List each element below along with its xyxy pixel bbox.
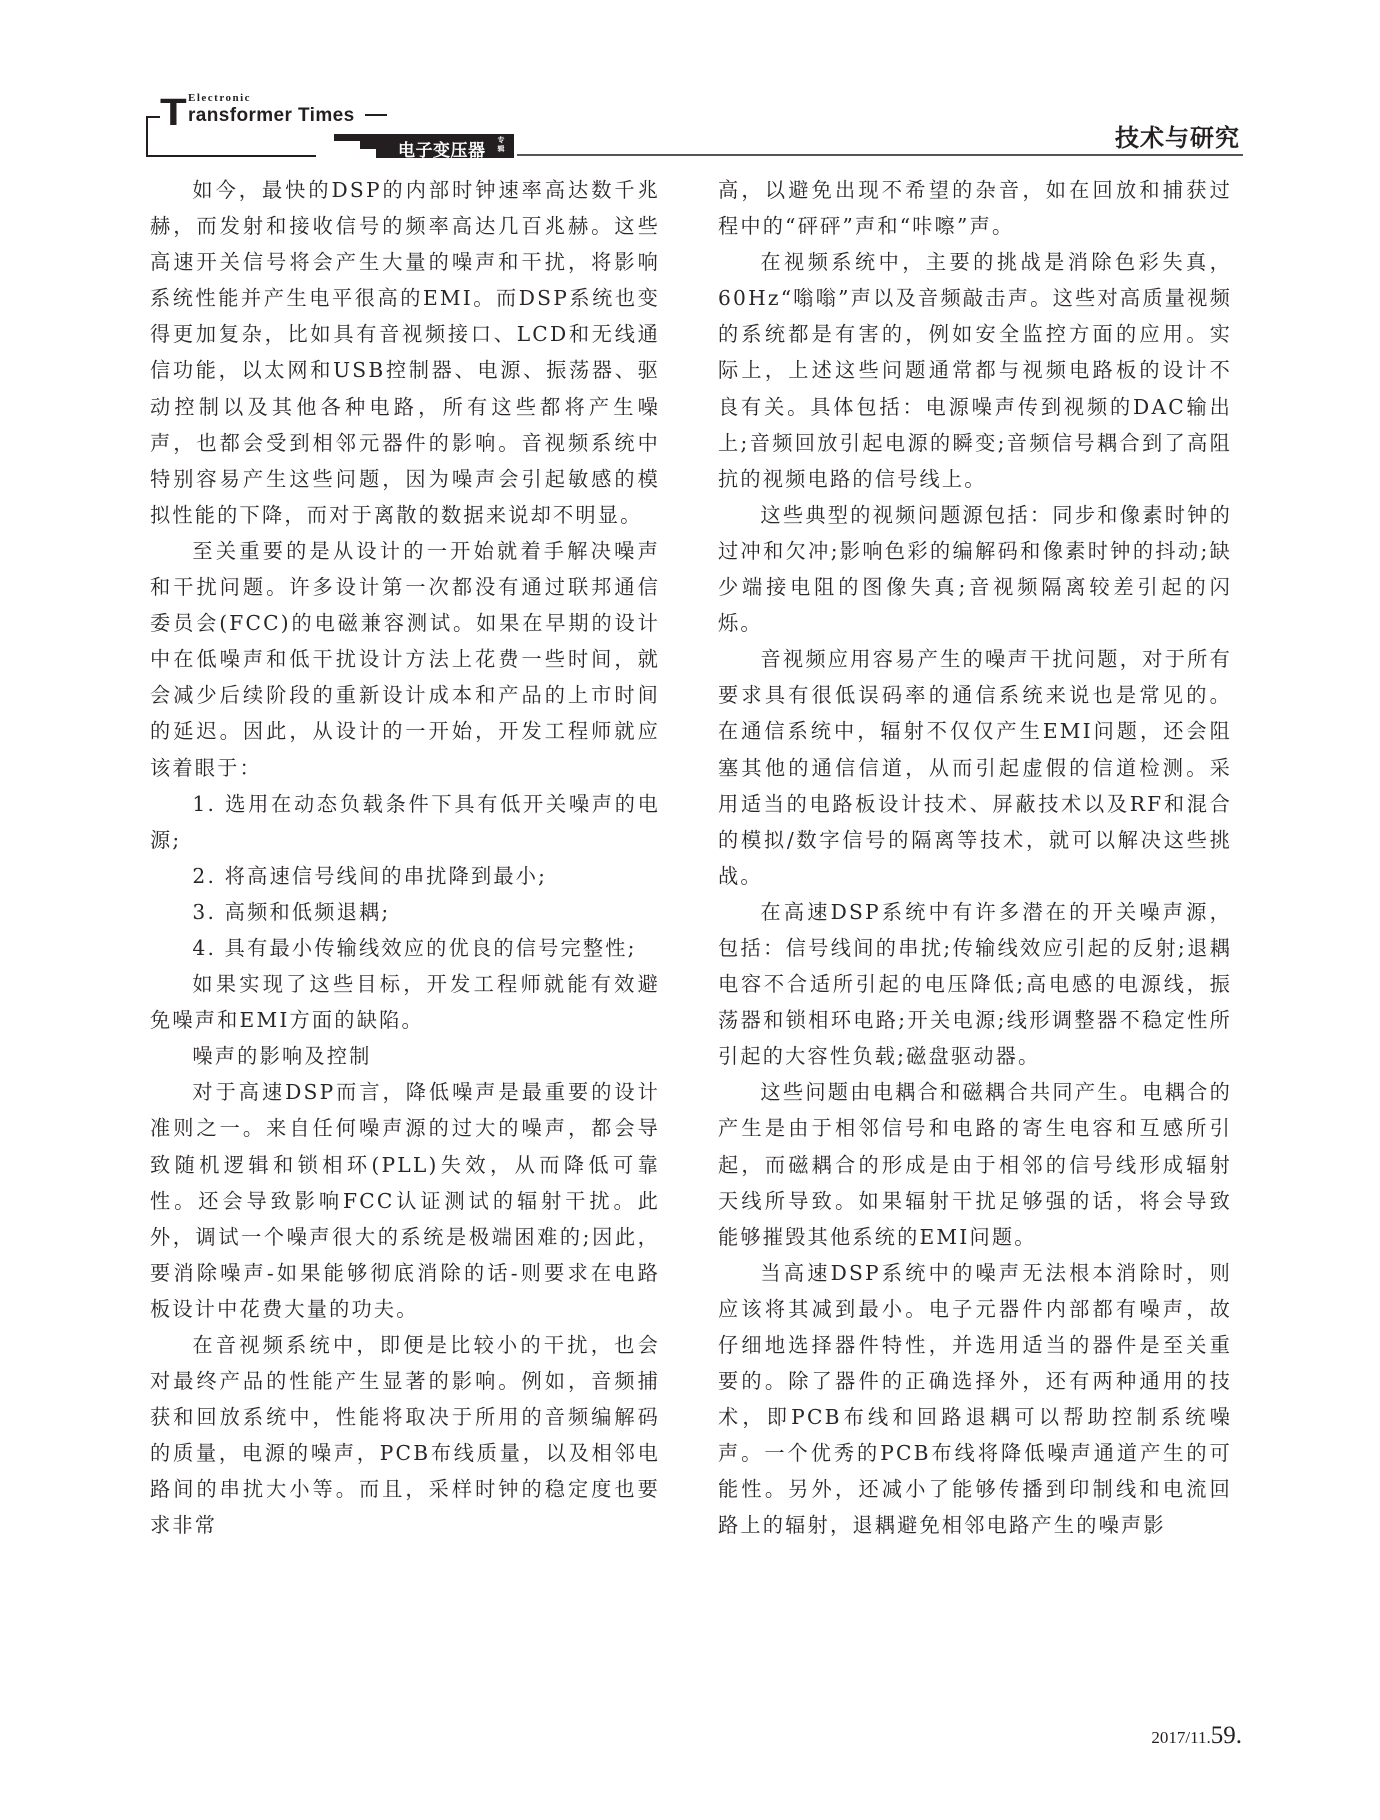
paragraph: 如果实现了这些目标，开发工程师就能有效避免噪声和EMI方面的缺陷。 (150, 966, 660, 1038)
paragraph: 这些问题由电耦合和磁耦合共同产生。电耦合的产生是由于相邻信号和电路的寄生电容和互… (718, 1074, 1232, 1254)
header-dash (365, 114, 387, 116)
banner-title: 电子变压器 (398, 136, 486, 161)
paragraph: 在视频系统中，主要的挑战是消除色彩失真，60Hz“嗡嗡”声以及音频敲击声。这些对… (718, 244, 1232, 497)
list-item: 1. 选用在动态负载条件下具有低开关噪声的电源; (150, 786, 660, 858)
banner-badge: 专辑 (497, 136, 505, 154)
paragraph: 对于高速DSP而言，降低噪声是最重要的设计准则之一。来自任何噪声源的过大的噪声，… (150, 1074, 660, 1327)
header-bracket-top (146, 116, 160, 118)
journal-logo-name: ransformer Times (188, 105, 355, 127)
header-bracket-bottom (146, 155, 316, 157)
paragraph: 至关重要的是从设计的一开始就着手解决噪声和干扰问题。许多设计第一次都没有通过联邦… (150, 533, 660, 786)
page-footer: 2017/11.59. (1151, 1722, 1242, 1750)
paragraph: 在高速DSP系统中有许多潜在的开关噪声源，包括：信号线间的串扰;传输线效应引起的… (718, 894, 1232, 1074)
paragraph: 音视频应用容易产生的噪声干扰问题，对于所有要求具有很低误码率的通信系统来说也是常… (718, 641, 1232, 894)
paragraph: 在音视频系统中，即便是比较小的干扰，也会对最终产品的性能产生显著的影响。例如，音… (150, 1327, 660, 1544)
page-number: 59. (1211, 1722, 1242, 1749)
journal-logo-electronic: Electronic (188, 92, 251, 104)
section-subheading: 噪声的影响及控制 (150, 1038, 660, 1074)
header-bracket-vertical (146, 117, 148, 157)
paragraph: 这些典型的视频问题源包括：同步和像素时钟的过冲和欠冲;影响色彩的编解码和像素时钟… (718, 497, 1232, 641)
journal-banner: 电子变压器 专辑 (334, 134, 514, 158)
list-item: 3. 高频和低频退耦; (150, 894, 660, 930)
paragraph: 当高速DSP系统中的噪声无法根本消除时，则应该将其减到最小。电子元器件内部都有噪… (718, 1255, 1232, 1544)
list-item: 4. 具有最小传输线效应的优良的信号完整性; (150, 930, 660, 966)
paragraph: 如今，最快的DSP的内部时钟速率高达数千兆赫，而发射和接收信号的频率高达几百兆赫… (150, 172, 660, 533)
paragraph-continuation: 高，以避免出现不希望的杂音，如在回放和捕获过程中的“砰砰”声和“咔嚓”声。 (718, 172, 1232, 244)
header-rule (517, 154, 1243, 156)
left-column: 如今，最快的DSP的内部时钟速率高达数千兆赫，而发射和接收信号的频率高达几百兆赫… (150, 172, 660, 1544)
issue-date: 2017/11. (1151, 1728, 1210, 1747)
list-item: 2. 将高速信号线间的串扰降到最小; (150, 858, 660, 894)
journal-logo-initial: T (160, 94, 187, 132)
right-column: 高，以避免出现不希望的杂音，如在回放和捕获过程中的“砰砰”声和“咔嚓”声。 在视… (718, 172, 1232, 1544)
section-title: 技术与研究 (1115, 118, 1240, 153)
